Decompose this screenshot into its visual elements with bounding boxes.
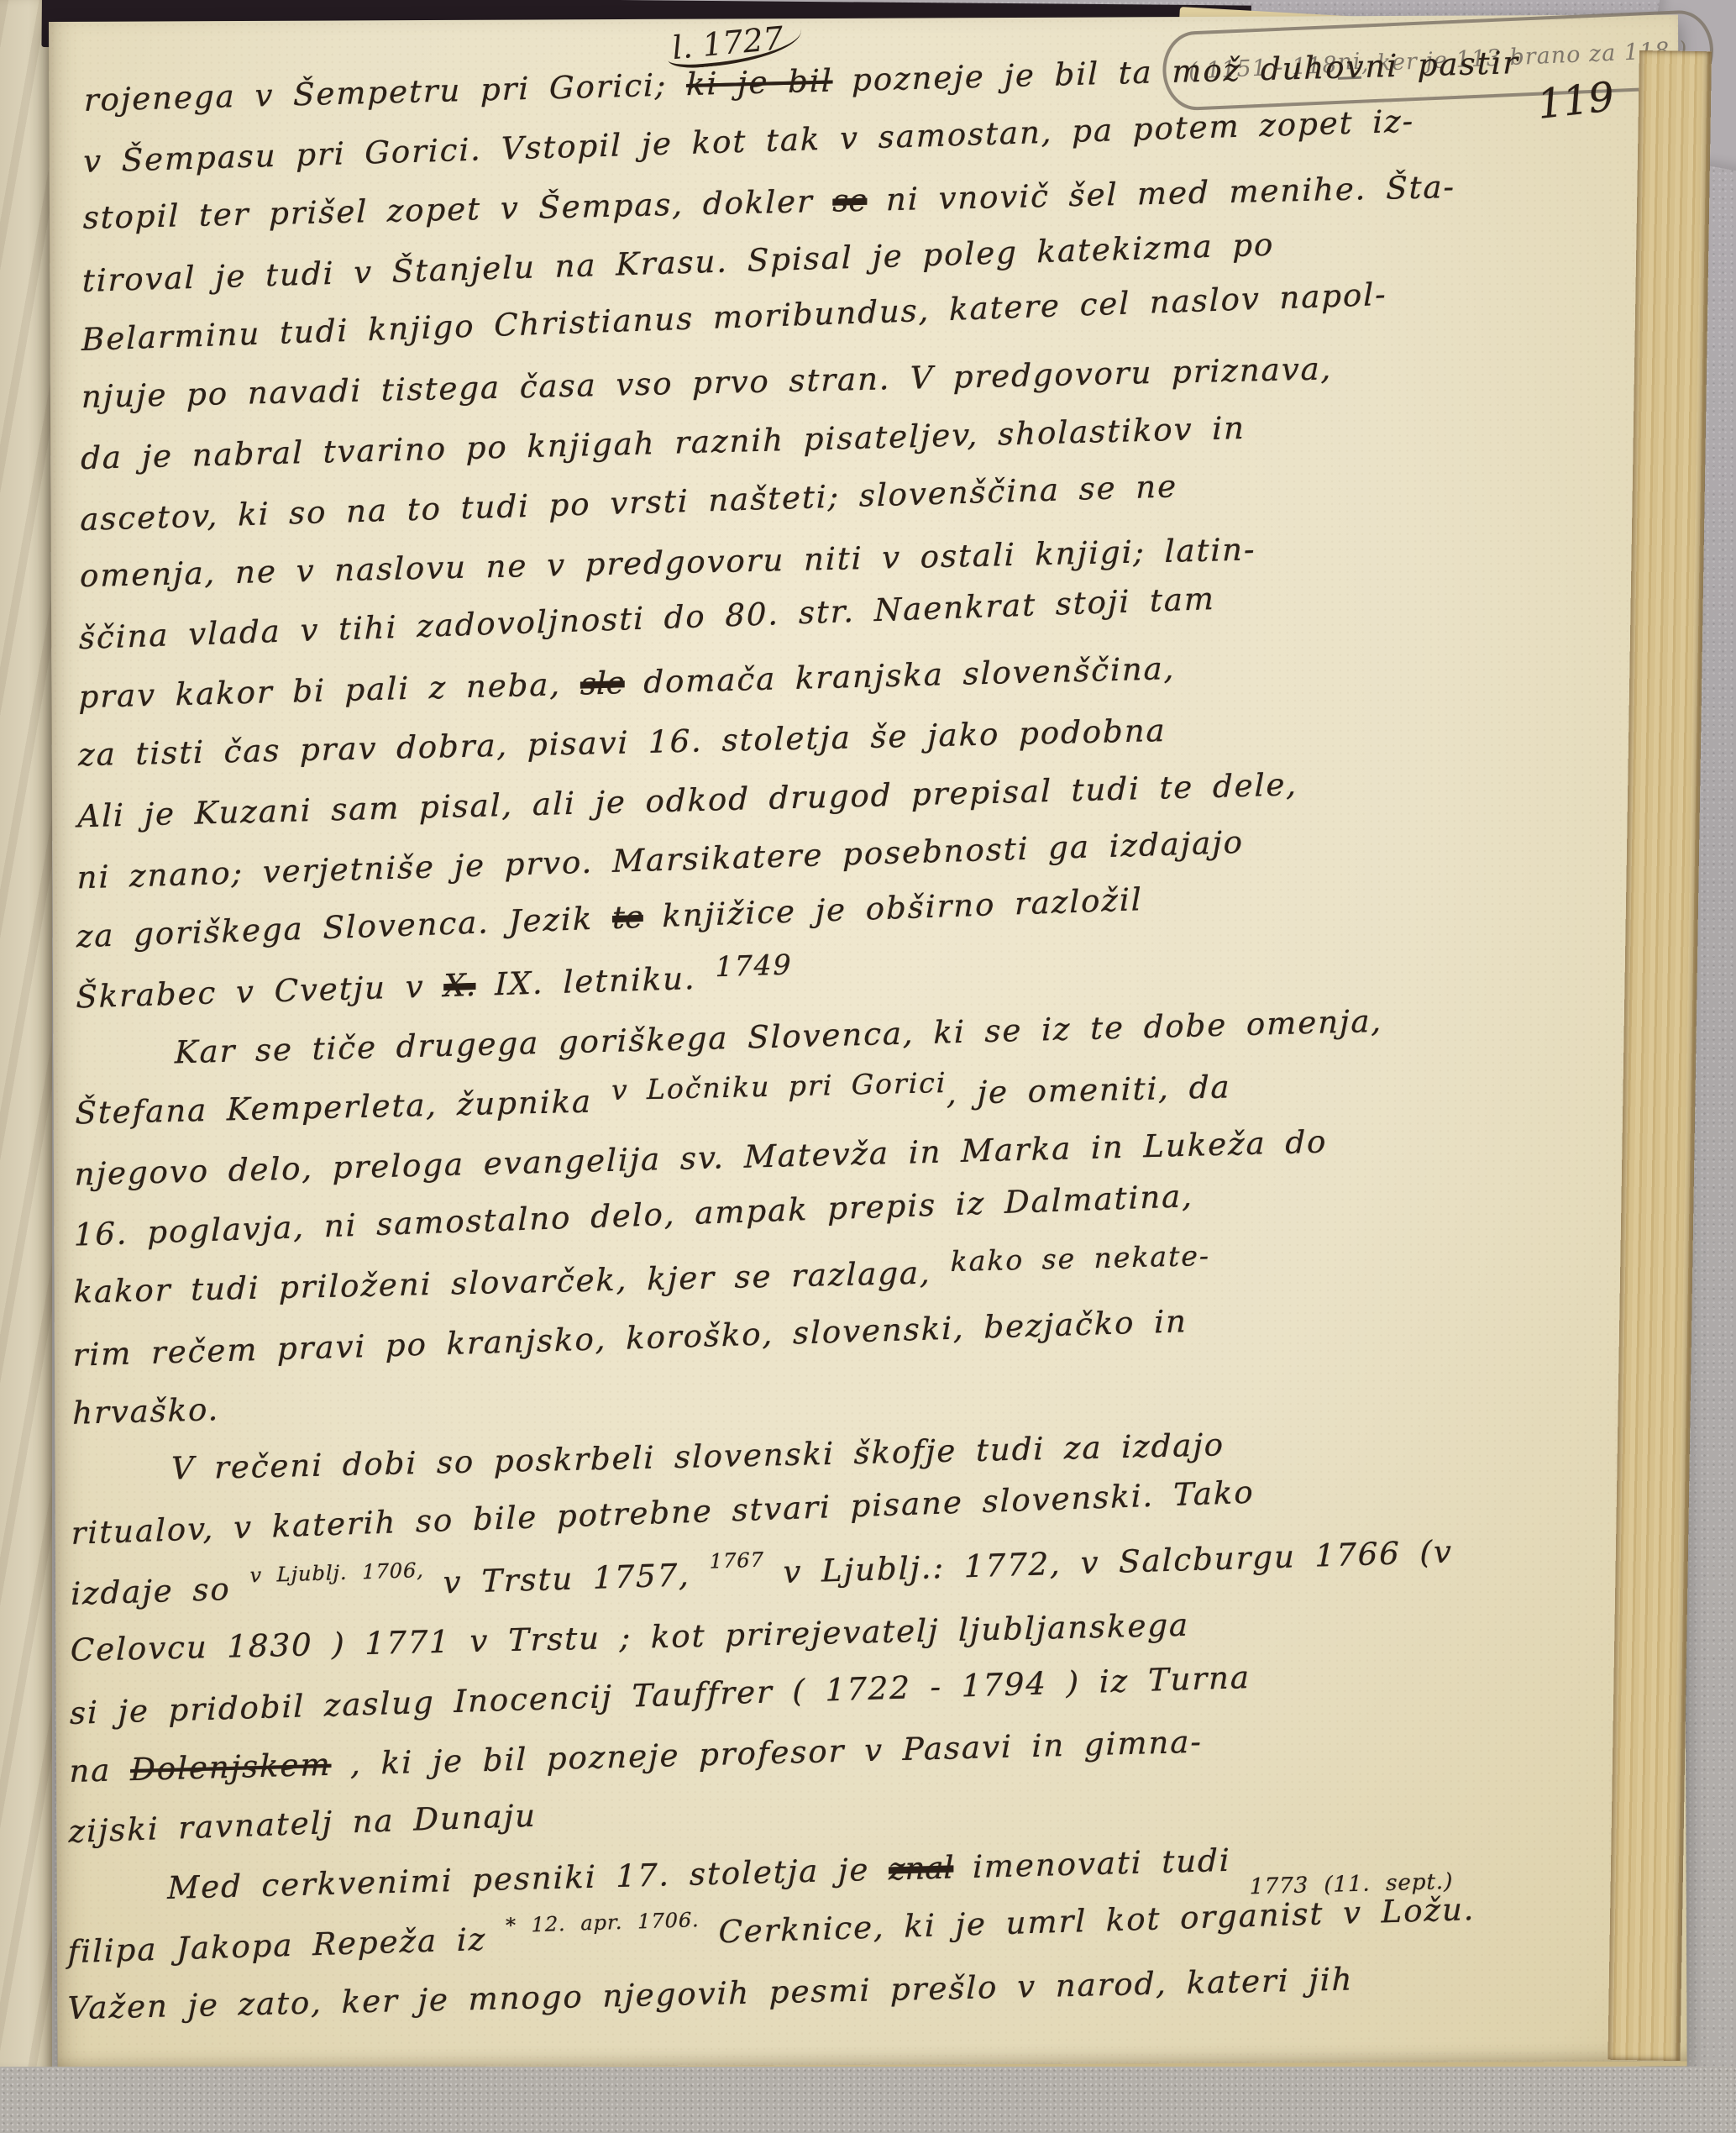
sup-text: 1767 xyxy=(710,1548,764,1573)
manuscript-lines: rojenega v Šempetru pri Gorici; ki je bi… xyxy=(67,29,1663,2041)
text-segment: stopil ter prišel zopet v Šempas, dokler xyxy=(83,183,833,236)
raised-text: 1749 xyxy=(716,948,793,983)
text-segment: Škrabec v Cvetju v xyxy=(76,968,443,1015)
manuscript-page: ( 1151 - 118 ni, ker je 113 brano za 118… xyxy=(49,15,1687,2073)
table-surface xyxy=(0,2067,1736,2133)
text-segment: domača kranjska slovenščina, xyxy=(624,650,1175,701)
raised-text: kako se nekate- xyxy=(951,1239,1211,1278)
text-segment: ni vnovič šel med menihe. Šta- xyxy=(867,169,1455,218)
text-segment: knjižice je obširno razložil xyxy=(643,881,1143,935)
blot-text: se xyxy=(832,182,867,219)
blot-text: sle xyxy=(580,665,625,701)
text-segment: zijski ravnatelj na Dunaju xyxy=(69,1798,537,1850)
strike-text: ki je bil xyxy=(686,62,833,102)
text-segment: v Trstu 1757, xyxy=(424,1557,710,1601)
text-segment: Med cerkvenimi pesniki 17. stoletja je xyxy=(167,1851,889,1906)
facing-page-edge xyxy=(0,0,52,2068)
text-segment: izdaje so xyxy=(71,1570,249,1612)
text-segment: filipa Jakopa Repeža iz xyxy=(67,1920,506,1970)
manuscript-photo: ( 1151 - 118 ni, ker je 113 brano za 118… xyxy=(0,0,1736,2133)
raised-text: v Ločniku pri Gorici xyxy=(611,1066,947,1106)
text-segment: rojenega v Šempetru pri Gorici; xyxy=(84,66,687,118)
text-segment: Štefana Kemperleta, župnika xyxy=(75,1083,611,1132)
text-segment: imenovati tudi xyxy=(953,1841,1250,1885)
text-segment: Cerknice, ki je umrl kot organist v Ložu… xyxy=(700,1891,1476,1951)
blot-text: znal xyxy=(889,1849,954,1887)
text-segment: za goriškega Slovenca. Jezik xyxy=(76,900,612,954)
strike-text: Dolenjskem xyxy=(130,1747,332,1788)
text-segment: prav kakor bi pali z neba, xyxy=(79,666,581,716)
text-segment: , je omeniti, da xyxy=(947,1069,1231,1111)
blot-text: X. xyxy=(443,967,475,1004)
text-segment: hrvaško. xyxy=(72,1391,220,1432)
text-segment: v Ljublj.: 1772, v Salcburgu 1766 (v xyxy=(764,1534,1453,1591)
blot-text: te xyxy=(612,899,643,936)
text-segment: IX. letniku. xyxy=(475,959,715,1003)
text-segment: na xyxy=(69,1752,130,1789)
sup-text: v Ljublj. 1706, xyxy=(249,1558,424,1587)
sup-text: * 12. apr. 1706. xyxy=(506,1908,700,1937)
